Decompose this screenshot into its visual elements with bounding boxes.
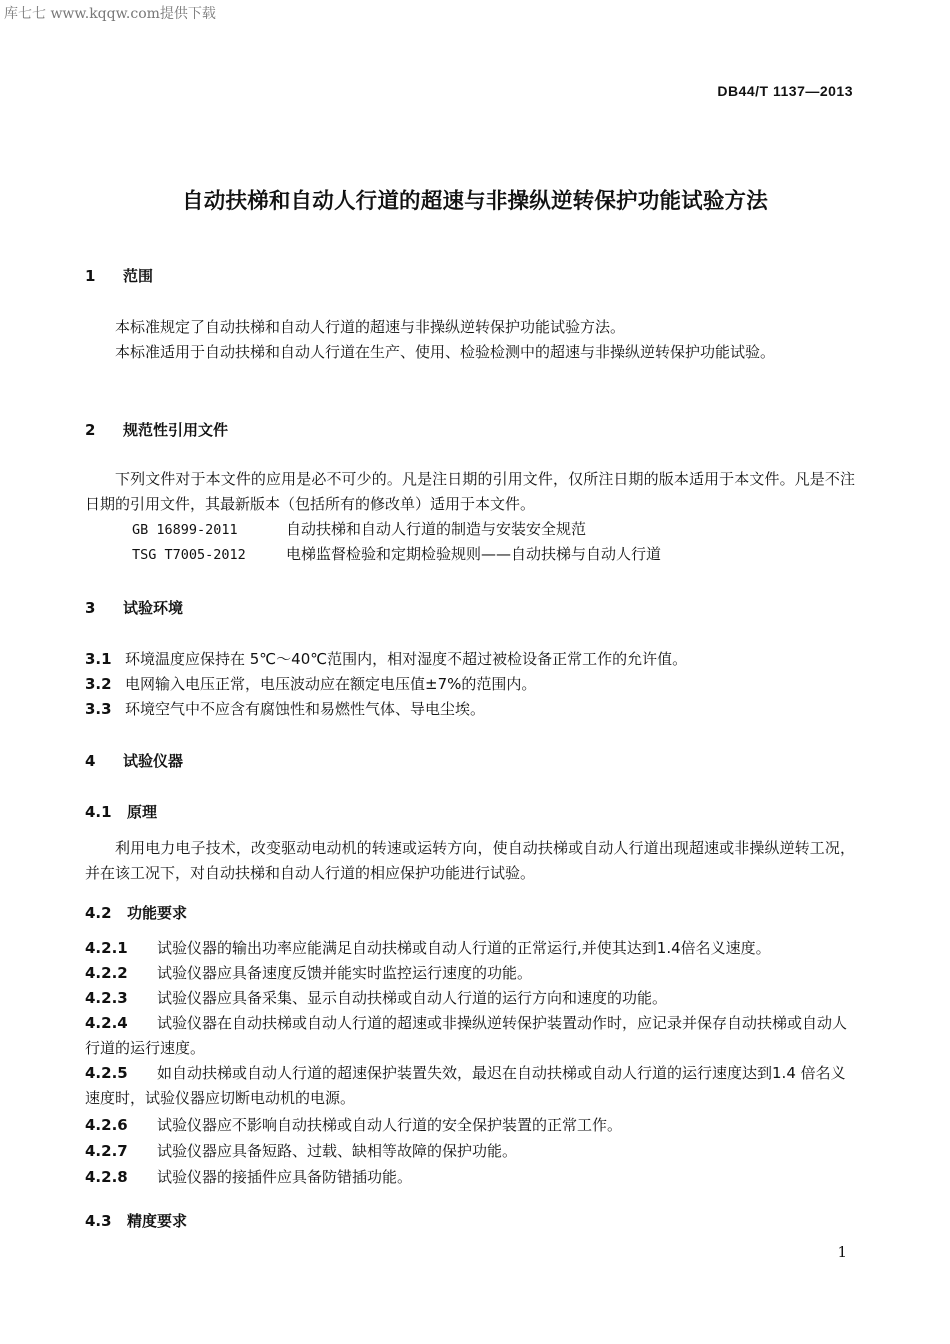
clause-text: 试验仪器的接插件应具备防错插功能。 xyxy=(157,1168,412,1186)
section-2-heading: 2规范性引用文件 xyxy=(85,419,855,440)
clause-4-2-5: 4.2.5如自动扶梯或自动人行道的超速保护装置失效，最迟在自动扶梯或自动人行道的… xyxy=(85,1061,855,1111)
clause-number: 4.2.3 xyxy=(85,986,157,1011)
subsection-4-1-heading: 4.1原理 xyxy=(85,801,855,822)
section-3-heading: 3试验环境 xyxy=(85,597,855,618)
clause-number: 3.3 xyxy=(85,697,125,722)
page-number: 1 xyxy=(837,1243,847,1261)
clause-text: 电网输入电压正常，电压波动应在额定电压值±7%的范围内。 xyxy=(125,675,536,693)
clause-4-2-6: 4.2.6试验仪器应不影响自动扶梯或自动人行道的安全保护装置的正常工作。 xyxy=(85,1113,855,1138)
clause-number: 3.1 xyxy=(85,647,125,672)
standard-code: DB44/T 1137—2013 xyxy=(717,83,853,99)
reference-title: 电梯监督检验和定期检验规则——自动扶梯与自动人行道 xyxy=(286,545,661,563)
subsection-title: 功能要求 xyxy=(127,904,187,922)
section-1-para-1: 本标准规定了自动扶梯和自动人行道的超速与非操纵逆转保护功能试验方法。 xyxy=(85,315,855,340)
subsection-number: 4.2 xyxy=(85,904,127,922)
clause-4-2-3: 4.2.3试验仪器应具备采集、显示自动扶梯或自动人行道的运行方向和速度的功能。 xyxy=(85,986,855,1011)
subsection-number: 4.1 xyxy=(85,803,127,821)
section-title: 试验环境 xyxy=(123,599,183,617)
section-1-para-2: 本标准适用于自动扶梯和自动人行道在生产、使用、检验检测中的超速与非操纵逆转保护功… xyxy=(85,340,855,365)
clause-4-2-7: 4.2.7试验仪器应具备短路、过载、缺相等故障的保护功能。 xyxy=(85,1139,855,1164)
clause-4-2-8: 4.2.8试验仪器的接插件应具备防错插功能。 xyxy=(85,1165,855,1190)
section-1-heading: 1范围 xyxy=(85,265,855,286)
clause-text: 试验仪器的输出功率应能满足自动扶梯或自动人行道的正常运行,并使其达到1.4倍名义… xyxy=(157,939,771,957)
clause-text: 试验仪器在自动扶梯或自动人行道的超速或非操纵逆转保护装置动作时，应记录并保存自动… xyxy=(85,1014,847,1057)
clause-text: 环境空气中不应含有腐蚀性和易燃性气体、导电尘埃。 xyxy=(125,700,485,718)
reference-code: TSG T7005-2012 xyxy=(132,543,286,568)
clause-number: 4.2.1 xyxy=(85,936,157,961)
clause-3-1: 3.1环境温度应保持在 5℃～40℃范围内，相对湿度不超过被检设备正常工作的允许… xyxy=(85,647,855,672)
document-title: 自动扶梯和自动人行道的超速与非操纵逆转保护功能试验方法 xyxy=(0,184,950,215)
section-number: 4 xyxy=(85,752,123,770)
clause-number: 4.2.5 xyxy=(85,1061,157,1086)
clause-number: 4.2.8 xyxy=(85,1165,157,1190)
clause-number: 4.2.2 xyxy=(85,961,157,986)
clause-number: 4.2.4 xyxy=(85,1011,157,1036)
clause-text: 试验仪器应具备速度反馈并能实时监控运行速度的功能。 xyxy=(157,964,532,982)
section-4-heading: 4试验仪器 xyxy=(85,750,855,771)
clause-text: 如自动扶梯或自动人行道的超速保护装置失效，最迟在自动扶梯或自动人行道的运行速度达… xyxy=(85,1064,846,1107)
clause-4-2-2: 4.2.2试验仪器应具备速度反馈并能实时监控运行速度的功能。 xyxy=(85,961,855,986)
reference-code: GB 16899-2011 xyxy=(132,518,286,543)
section-2-para: 下列文件对于本文件的应用是必不可少的。凡是注日期的引用文件，仅所注日期的版本适用… xyxy=(85,467,855,517)
clause-number: 4.2.7 xyxy=(85,1139,157,1164)
subsection-4-1-para: 利用电力电子技术，改变驱动电动机的转速或运转方向，使自动扶梯或自动人行道出现超速… xyxy=(85,836,855,886)
subsection-4-2-heading: 4.2功能要求 xyxy=(85,902,855,923)
clause-text: 试验仪器应具备短路、过载、缺相等故障的保护功能。 xyxy=(157,1142,517,1160)
clause-number: 4.2.6 xyxy=(85,1113,157,1138)
reference-item: GB 16899-2011自动扶梯和自动人行道的制造与安装安全规范 xyxy=(85,517,855,543)
watermark: 库七七 www.kqqw.com提供下载 xyxy=(4,3,216,23)
section-title: 规范性引用文件 xyxy=(123,421,228,439)
clause-4-2-1: 4.2.1试验仪器的输出功率应能满足自动扶梯或自动人行道的正常运行,并使其达到1… xyxy=(85,936,855,961)
clause-3-3: 3.3环境空气中不应含有腐蚀性和易燃性气体、导电尘埃。 xyxy=(85,697,855,722)
subsection-number: 4.3 xyxy=(85,1212,127,1230)
subsection-4-3-heading: 4.3精度要求 xyxy=(85,1210,855,1231)
clause-text: 试验仪器应不影响自动扶梯或自动人行道的安全保护装置的正常工作。 xyxy=(157,1116,622,1134)
clause-4-2-4: 4.2.4试验仪器在自动扶梯或自动人行道的超速或非操纵逆转保护装置动作时，应记录… xyxy=(85,1011,855,1061)
reference-title: 自动扶梯和自动人行道的制造与安装安全规范 xyxy=(286,520,586,538)
section-title: 试验仪器 xyxy=(123,752,183,770)
clause-3-2: 3.2电网输入电压正常，电压波动应在额定电压值±7%的范围内。 xyxy=(85,672,855,697)
subsection-title: 精度要求 xyxy=(127,1212,187,1230)
section-number: 1 xyxy=(85,267,123,285)
subsection-title: 原理 xyxy=(127,803,157,821)
section-number: 3 xyxy=(85,599,123,617)
clause-text: 环境温度应保持在 5℃～40℃范围内，相对湿度不超过被检设备正常工作的允许值。 xyxy=(125,650,687,668)
clause-text: 试验仪器应具备采集、显示自动扶梯或自动人行道的运行方向和速度的功能。 xyxy=(157,989,667,1007)
section-number: 2 xyxy=(85,421,123,439)
section-title: 范围 xyxy=(123,267,153,285)
reference-item: TSG T7005-2012电梯监督检验和定期检验规则——自动扶梯与自动人行道 xyxy=(85,542,855,568)
clause-number: 3.2 xyxy=(85,672,125,697)
